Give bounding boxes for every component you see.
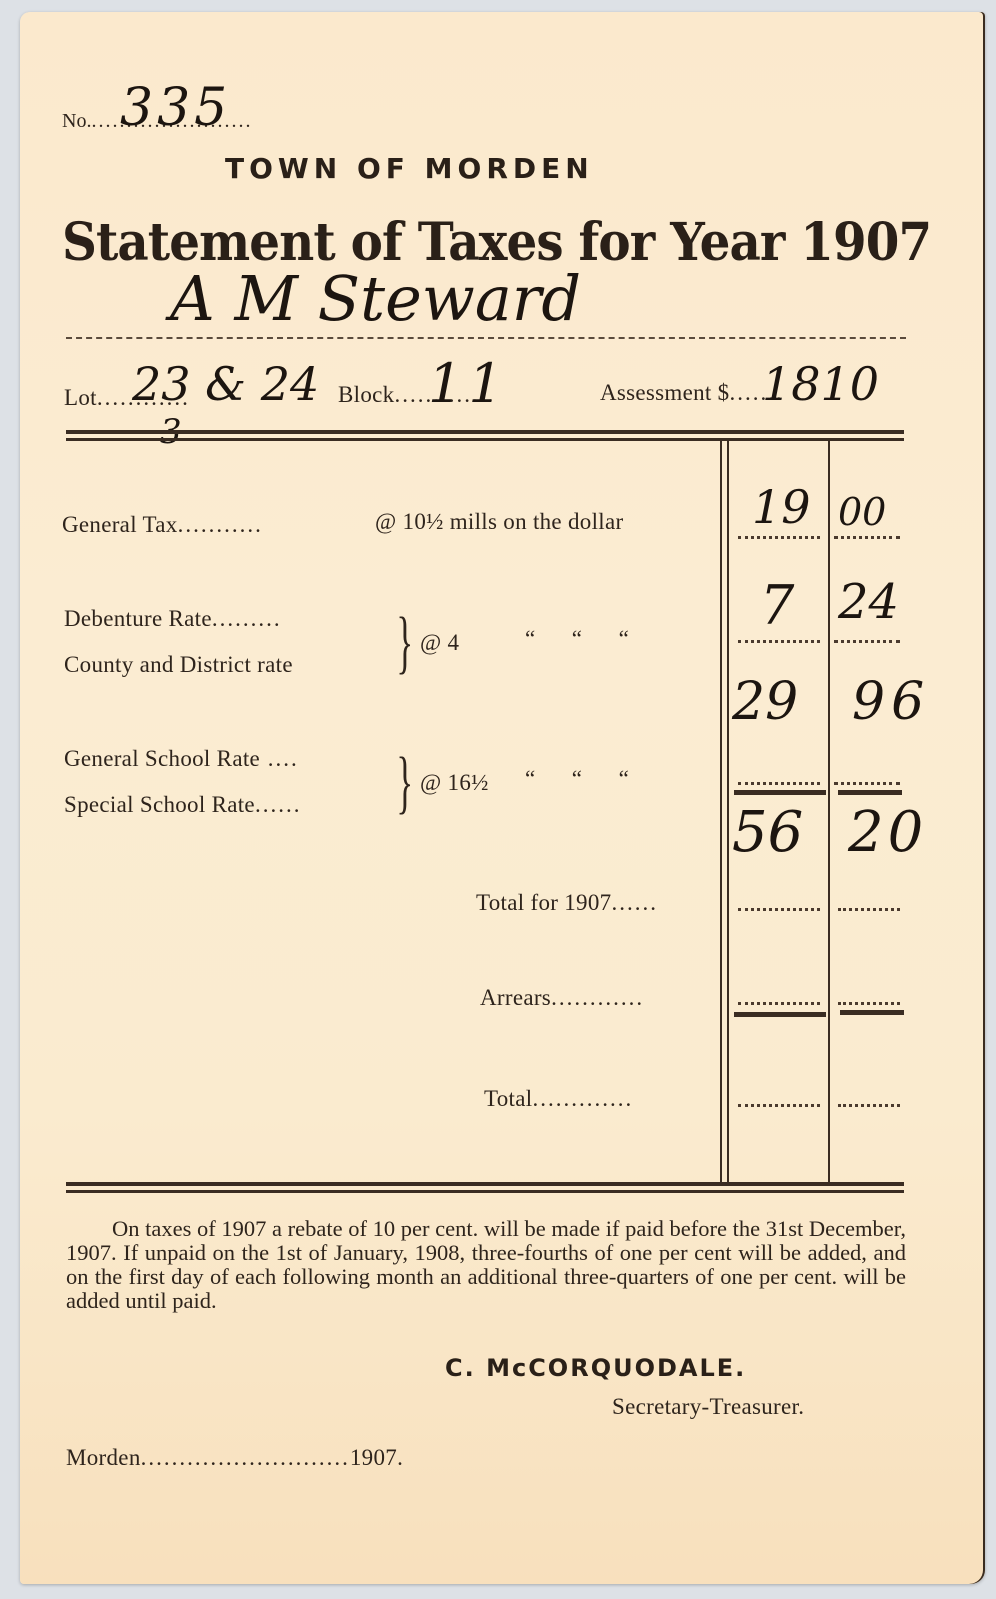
footer-date-line: Morden...........................1907. [66, 1445, 403, 1471]
town-title: TOWN OF MORDEN [225, 152, 594, 185]
payee-name: A M Steward [170, 262, 581, 335]
assessment-label: Assessment $....... [600, 380, 784, 406]
top-double-rule [66, 430, 904, 441]
column-line [727, 440, 729, 1185]
special-school-rate-label: Special School Rate...... [64, 792, 301, 818]
brace-icon: } [396, 608, 413, 678]
general-tax-dollars: 19 [752, 480, 811, 534]
total-1907-label: Total for 1907...... [476, 890, 658, 916]
sum-bar [840, 1010, 904, 1015]
cents-dotline [834, 640, 900, 643]
dollars-dotline [738, 1104, 820, 1107]
cents-dotline [834, 536, 900, 539]
group-b-dollars: 29 [732, 672, 798, 732]
brace-icon: } [396, 748, 413, 818]
total-label: Total............. [484, 1086, 633, 1112]
debenture-rate-label: Debenture Rate......... [64, 606, 282, 632]
column-line [828, 440, 830, 1185]
signature-title: Secretary-Treasurer. [612, 1394, 804, 1420]
general-tax-label: General Tax........... [62, 512, 263, 538]
group-b-ditto: “ “ “ [525, 766, 629, 792]
group-b-cents: 96 [852, 672, 930, 732]
signature-name: C. McCORQUODALE. [445, 1354, 746, 1382]
number-value: 335 [120, 78, 231, 138]
dollars-dotline [738, 536, 820, 539]
sum-bar [734, 790, 826, 795]
dollars-dotline [738, 640, 820, 643]
group-a-dollars: 7 [760, 574, 794, 637]
column-line [720, 440, 722, 1185]
group-a-rate: @ 4 [420, 630, 459, 656]
group-a-ditto: “ “ “ [525, 626, 629, 652]
lot-value: 23 & 24 [132, 357, 319, 411]
cents-dotline [838, 1002, 900, 1005]
sum-bar [734, 1012, 826, 1017]
general-tax-cents: 00 [838, 490, 886, 534]
group-b-rate: @ 16½ [420, 770, 489, 796]
dollars-dotline [738, 782, 820, 785]
dollars-dotline [738, 1002, 820, 1005]
bottom-double-rule [66, 1182, 904, 1193]
dollars-dotline [738, 908, 820, 911]
tax-statement-card: No........................ 335 TOWN OF M… [20, 12, 985, 1584]
cents-dotline [834, 782, 900, 785]
subtotal-cents: 20 [848, 800, 927, 865]
sum-bar [838, 790, 902, 795]
arrears-label: Arrears............ [480, 985, 644, 1011]
assessment-value: 1810 [762, 357, 879, 411]
cents-dotline [838, 908, 900, 911]
group-a-cents: 24 [838, 574, 899, 630]
rebate-notice: On taxes of 1907 a rebate of 10 per cent… [66, 1217, 906, 1313]
block-value: 11 [428, 352, 509, 415]
county-district-rate-label: County and District rate [64, 652, 293, 678]
payee-line [66, 337, 906, 339]
subtotal-dollars: 56 [732, 800, 803, 865]
general-tax-rate: @ 10½ mills on the dollar [375, 509, 623, 535]
cents-dotline [838, 1104, 900, 1107]
general-school-rate-label: General School Rate .... [64, 746, 299, 772]
